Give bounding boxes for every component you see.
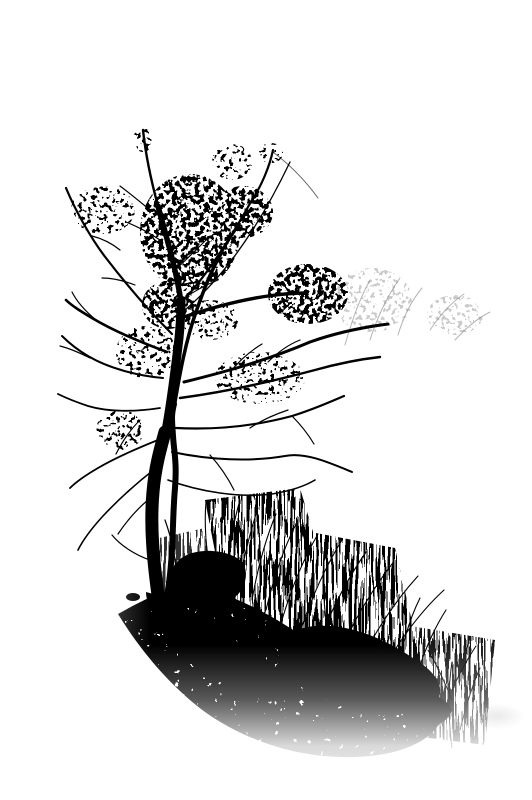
foliage-cluster [215, 352, 305, 404]
left-fade [0, 560, 150, 800]
foliage-cluster-upleft [71, 186, 135, 234]
foliage-cluster [212, 144, 252, 180]
foliage-cluster-right [268, 264, 348, 324]
foliage-tip [133, 128, 153, 152]
foliage-cluster [96, 410, 144, 450]
grass-patch-left [150, 528, 215, 615]
foliage-cluster-core [168, 222, 228, 282]
foliage-tip [259, 143, 283, 163]
photograph [0, 0, 532, 800]
foliage-cluster [182, 300, 238, 340]
foliage-cluster [116, 326, 176, 378]
foliage-cluster [213, 186, 273, 238]
background-foliage-cluster [427, 295, 483, 335]
scene-svg [0, 0, 532, 800]
